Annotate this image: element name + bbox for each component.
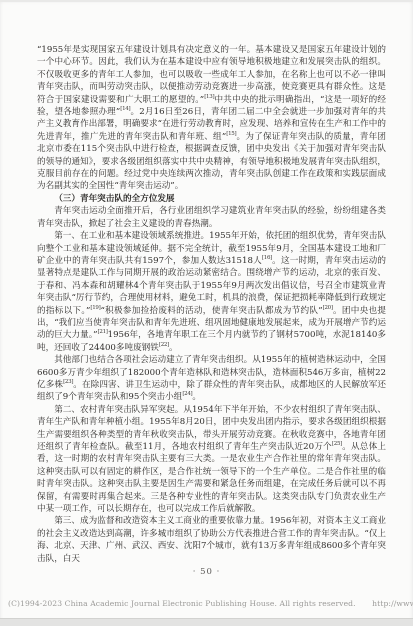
scan-top-edge bbox=[0, 0, 413, 2]
page-number: · 50 · bbox=[0, 567, 413, 577]
copyright-footer: (C)1994-2023 China Academic Journal Elec… bbox=[8, 599, 409, 608]
scanned-journal-page: “1955年是实现国家五年建设计划具有决定意义的一年。基本建设又是国家五年建设计… bbox=[0, 0, 413, 626]
paragraph: “1955年是实现国家五年建设计划具有决定意义的一年。基本建设又是国家五年建设计… bbox=[37, 44, 386, 193]
paragraph: 第一、在工业和基本建设领域系统推进。1955年开始，依托团的组织优势，青年突击队… bbox=[37, 230, 386, 354]
paragraph: 青年突击运动全面推开后，各行业团组织学习建筑业青年突击队的经验，纷纷组建各类青年… bbox=[37, 205, 386, 230]
copyright-text: (C)1994-2023 China Academic Journal Elec… bbox=[8, 599, 356, 608]
paragraph: 其他部门也结合各项社会运动建立了青年突击组织。从1955年的植树造林运动中，全国… bbox=[37, 354, 386, 404]
paragraph: 第二、农村青年突击队异军突起。从1954年下半年开始，不少农村组织了青年突击队、… bbox=[37, 404, 386, 516]
paragraph: 第三、成为监督和改造资本主义工商业的重要依靠力量。1956年初，对资本主义工商业… bbox=[37, 515, 386, 565]
article-body: “1955年是实现国家五年建设计划具有决定意义的一年。基本建设又是国家五年建设计… bbox=[37, 44, 386, 565]
section-heading: （三）青年突击队的全方位发展 bbox=[37, 193, 386, 205]
cnki-url-text: http://www.cnki.net bbox=[372, 599, 413, 608]
scan-bottom-edge bbox=[0, 618, 413, 626]
